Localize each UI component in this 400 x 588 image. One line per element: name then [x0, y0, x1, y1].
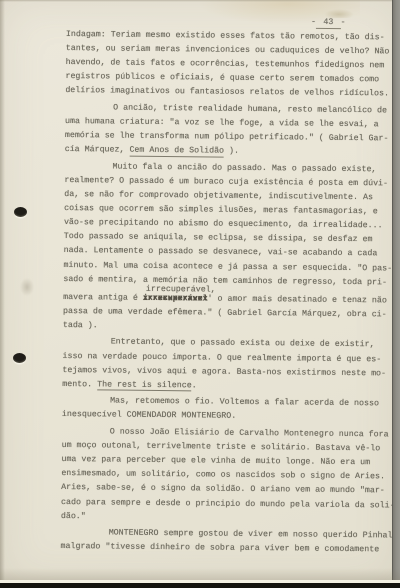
- scan-edge-top: [0, 0, 400, 2]
- scanned-typewritten-page: - 43 - Indagam: Teriam mesmo existido es…: [0, 0, 400, 588]
- page-number-suffix: -: [340, 17, 345, 27]
- typewritten-line: malgrado "tivesse dinheiro de sobra para…: [60, 540, 392, 558]
- line-text: mento.: [62, 380, 97, 389]
- overtyped-struck-word: irrecuperávelxxxxxxxxxxxxxirrecuperável,: [143, 292, 208, 307]
- quote-underlined: The rest is silence: [97, 380, 192, 391]
- scan-edge-left: [0, 0, 5, 588]
- line-text: ).: [224, 147, 239, 156]
- typewritten-line: delírios imaginativos ou fantasiosos rel…: [65, 84, 397, 102]
- scan-edge-right: [392, 0, 400, 588]
- line-text: cía Márquez,: [65, 145, 130, 155]
- line-text: mavera antiga é: [63, 293, 143, 303]
- scan-edge-bottom: [0, 583, 400, 588]
- line-text: ' o amor mais desatinado e tenaz não: [208, 294, 387, 305]
- hole-punch-top: [14, 207, 27, 217]
- page-number: - 43 -: [311, 17, 346, 27]
- page-number-value: 43: [316, 17, 341, 29]
- line-text: .: [192, 381, 197, 390]
- page-bottom-shadow: [0, 568, 400, 580]
- typewritten-text-block: Indagam: Teriam mesmo existido esses fat…: [60, 28, 397, 558]
- typed-correction-above-line: irrecuperável,: [146, 283, 216, 298]
- book-title-underlined: Cem Anos de Solidão: [129, 146, 224, 157]
- typewritten-line: inesquecível COMENDADOR MONTENEGRO.: [62, 408, 394, 426]
- typewritten-line: sado é mentira, a memória não tem caminh…: [63, 273, 395, 291]
- paper-smudge: [20, 278, 34, 296]
- hole-punch-bottom: [13, 353, 26, 363]
